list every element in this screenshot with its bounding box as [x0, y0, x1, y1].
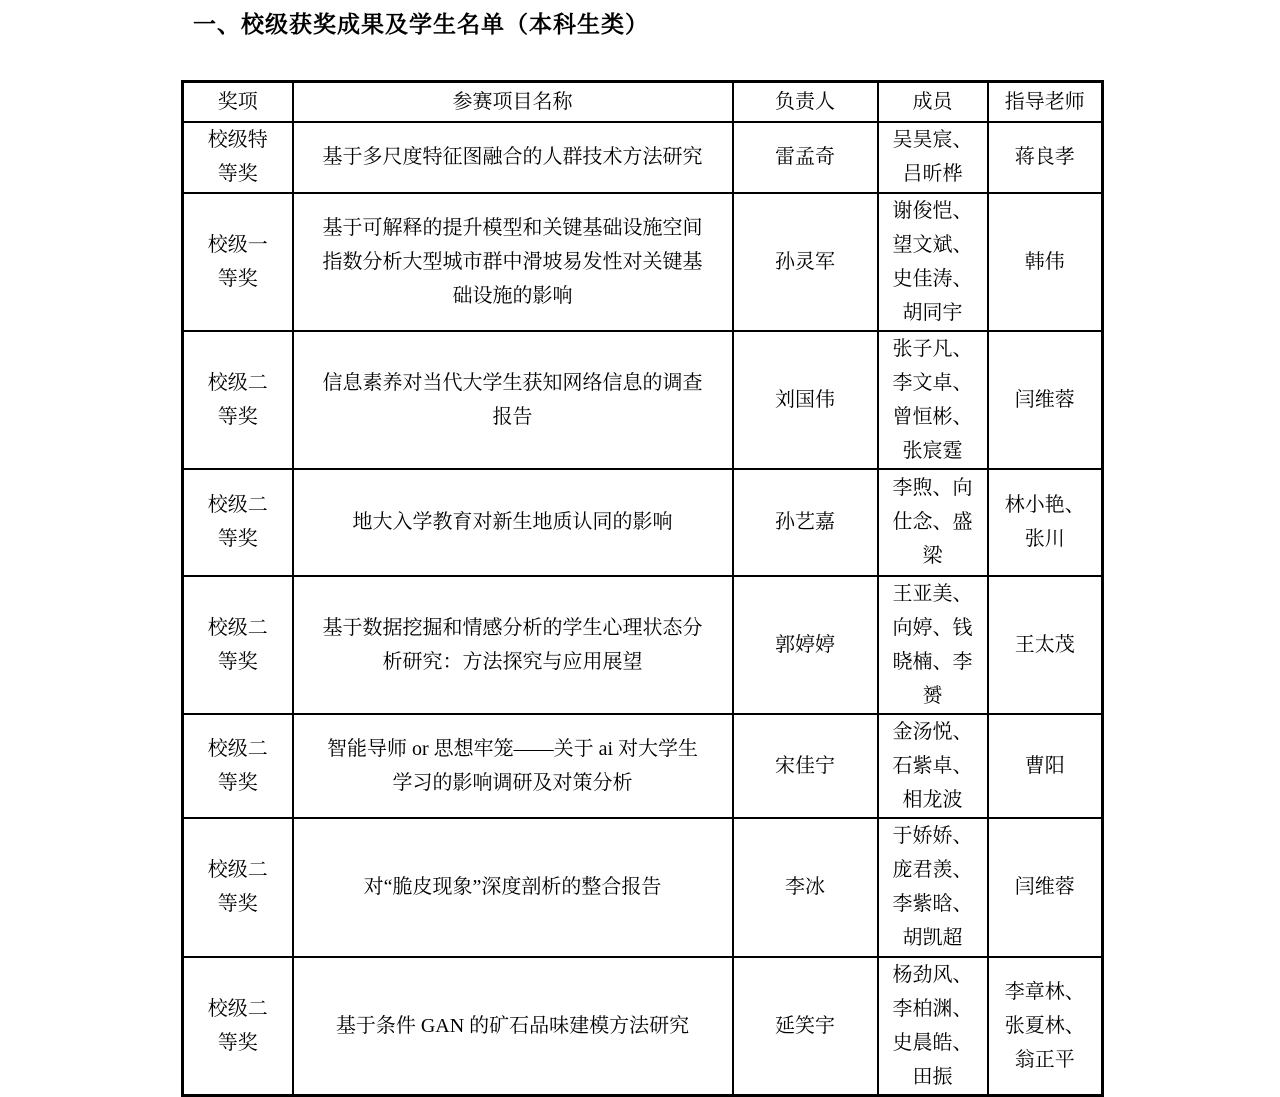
advisors-cell: 王太茂	[988, 576, 1103, 714]
col-header-advisors: 指导老师	[988, 82, 1103, 122]
award-cell: 校级二等奖	[183, 576, 293, 714]
members-cell: 于娇娇、庞君羡、李紫晗、胡凯超	[878, 818, 988, 957]
project-cell: 对“脆皮现象”深度剖析的整合报告	[293, 818, 733, 957]
table-row: 校级二等奖 智能导师 or 思想牢笼——关于 ai 对大学生学习的影响调研及对策…	[183, 714, 1103, 818]
table-row: 校级二等奖 基于条件 GAN 的矿石品味建模方法研究 延笑宇 杨劲风、李柏渊、史…	[183, 957, 1103, 1096]
project-cell: 基于多尺度特征图融合的人群技术方法研究	[293, 122, 733, 193]
members-cell: 吴昊宸、吕昕桦	[878, 122, 988, 193]
advisors-cell: 林小艳、张川	[988, 469, 1103, 576]
award-cell: 校级特等奖	[183, 122, 293, 193]
advisors-cell: 李章林、张夏林、翁正平	[988, 957, 1103, 1096]
table-row: 校级二等奖 基于数据挖掘和情感分析的学生心理状态分析研究：方法探究与应用展望 郭…	[183, 576, 1103, 714]
col-header-leader: 负责人	[733, 82, 878, 122]
advisors-cell: 韩伟	[988, 193, 1103, 331]
award-cell: 校级二等奖	[183, 818, 293, 957]
members-cell: 金汤悦、石紫卓、相龙波	[878, 714, 988, 818]
award-cell: 校级一等奖	[183, 193, 293, 331]
leader-cell: 刘国伟	[733, 331, 878, 469]
table-row: 校级二等奖 对“脆皮现象”深度剖析的整合报告 李冰 于娇娇、庞君羡、李紫晗、胡凯…	[183, 818, 1103, 957]
advisors-cell: 闫维蓉	[988, 331, 1103, 469]
advisors-cell: 闫维蓉	[988, 818, 1103, 957]
document-page: 一、校级获奖成果及学生名单（本科生类） 奖项 参赛项目名称 负责人 成员 指导老…	[0, 0, 1280, 1096]
leader-cell: 延笑宇	[733, 957, 878, 1096]
award-cell: 校级二等奖	[183, 714, 293, 818]
members-cell: 谢俊恺、望文斌、史佳涛、胡同宇	[878, 193, 988, 331]
project-cell: 基于数据挖掘和情感分析的学生心理状态分析研究：方法探究与应用展望	[293, 576, 733, 714]
leader-cell: 李冰	[733, 818, 878, 957]
advisors-cell: 蒋良孝	[988, 122, 1103, 193]
project-cell: 基于可解释的提升模型和关键基础设施空间指数分析大型城市群中滑坡易发性对关键基础设…	[293, 193, 733, 331]
project-cell: 信息素养对当代大学生获知网络信息的调查报告	[293, 331, 733, 469]
members-cell: 李煦、向仕念、盛梁	[878, 469, 988, 576]
advisors-cell: 曹阳	[988, 714, 1103, 818]
leader-cell: 孙灵军	[733, 193, 878, 331]
project-cell: 智能导师 or 思想牢笼——关于 ai 对大学生学习的影响调研及对策分析	[293, 714, 733, 818]
table-row: 校级特等奖 基于多尺度特征图融合的人群技术方法研究 雷孟奇 吴昊宸、吕昕桦 蒋良…	[183, 122, 1103, 193]
members-cell: 王亚美、向婷、钱晓楠、李赟	[878, 576, 988, 714]
awards-table: 奖项 参赛项目名称 负责人 成员 指导老师 校级特等奖 基于多尺度特征图融合的人…	[181, 80, 1104, 1097]
leader-cell: 雷孟奇	[733, 122, 878, 193]
project-cell: 地大入学教育对新生地质认同的影响	[293, 469, 733, 576]
leader-cell: 宋佳宁	[733, 714, 878, 818]
table-header-row: 奖项 参赛项目名称 负责人 成员 指导老师	[183, 82, 1103, 122]
award-cell: 校级二等奖	[183, 331, 293, 469]
award-cell: 校级二等奖	[183, 469, 293, 576]
project-cell: 基于条件 GAN 的矿石品味建模方法研究	[293, 957, 733, 1096]
award-cell: 校级二等奖	[183, 957, 293, 1096]
leader-cell: 孙艺嘉	[733, 469, 878, 576]
col-header-award: 奖项	[183, 82, 293, 122]
col-header-members: 成员	[878, 82, 988, 122]
table-row: 校级二等奖 地大入学教育对新生地质认同的影响 孙艺嘉 李煦、向仕念、盛梁 林小艳…	[183, 469, 1103, 576]
table-row: 校级一等奖 基于可解释的提升模型和关键基础设施空间指数分析大型城市群中滑坡易发性…	[183, 193, 1103, 331]
table-row: 校级二等奖 信息素养对当代大学生获知网络信息的调查报告 刘国伟 张子凡、李文卓、…	[183, 331, 1103, 469]
leader-cell: 郭婷婷	[733, 576, 878, 714]
page-title: 一、校级获奖成果及学生名单（本科生类）	[193, 6, 649, 39]
members-cell: 张子凡、李文卓、曾恒彬、张宸霆	[878, 331, 988, 469]
col-header-project: 参赛项目名称	[293, 82, 733, 122]
members-cell: 杨劲风、李柏渊、史晨皓、田振	[878, 957, 988, 1096]
